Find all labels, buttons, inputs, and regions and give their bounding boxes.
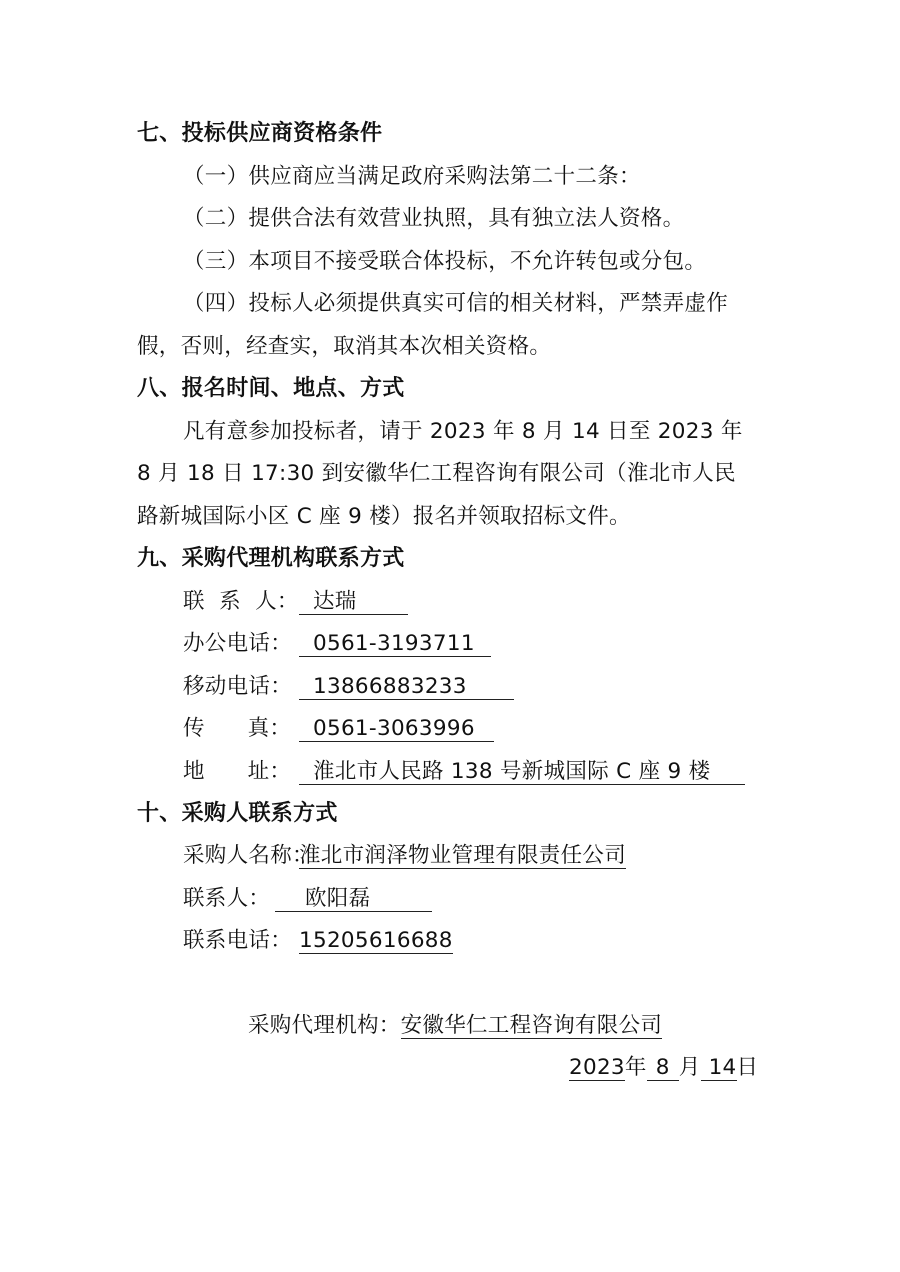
agency-office-phone-value: 0561-3193711 <box>299 632 491 657</box>
section-9-heading: 九、采购代理机构联系方式 <box>137 544 405 574</box>
agency-office-phone-row: 办公电话：0561-3193711 <box>183 629 491 659</box>
section-7-item-3: （三）本项目不接受联合体投标，不允许转包或分包。 <box>183 247 706 277</box>
section-7-item-4-cont: 假，否则，经查实，取消其本次相关资格。 <box>137 332 551 362</box>
signature-year: 2023 <box>569 1056 625 1081</box>
agency-fax-row: 传 真：0561-3063996 <box>183 714 494 744</box>
agency-contact-value: 达瑞 <box>299 590 408 615</box>
section-7-item-2: （二）提供合法有效营业执照，具有独立法人资格。 <box>183 204 684 234</box>
buyer-phone-label: 联系电话： <box>183 926 299 956</box>
agency-contact-row: 联 系 人：达瑞 <box>183 587 408 617</box>
agency-address-row: 地 址：淮北市人民路 138 号新城国际 C 座 9 楼 <box>183 757 745 787</box>
buyer-name-row: 采购人名称：淮北市润泽物业管理有限责任公司 <box>183 841 626 871</box>
buyer-contact-value: 欧阳磊 <box>275 887 432 912</box>
buyer-name-label: 采购人名称： <box>183 841 299 871</box>
agency-fax-value: 0561-3063996 <box>299 717 494 742</box>
agency-office-phone-label: 办公电话： <box>183 629 299 659</box>
agency-mobile-value: 13866883233 <box>299 675 514 700</box>
signature-date: 2023年8月14日 <box>569 1053 758 1083</box>
section-8-line-2: 8 月 18 日 17:30 到安徽华仁工程咨询有限公司（淮北市人民 <box>137 459 736 489</box>
section-7-item-1: （一）供应商应当满足政府采购法第二十二条： <box>183 162 641 192</box>
agency-mobile-label: 移动电话： <box>183 672 299 702</box>
signature-month: 8 <box>647 1056 679 1081</box>
signature-agency-value: 安徽华仁工程咨询有限公司 <box>401 1014 663 1039</box>
signature-agency-label: 采购代理机构： <box>248 1011 401 1041</box>
agency-fax-label: 传 真： <box>183 714 299 744</box>
section-7-heading: 七、投标供应商资格条件 <box>137 119 382 149</box>
signature-year-unit: 年 <box>625 1055 647 1080</box>
section-8-line-3: 路新城国际小区 C 座 9 楼）报名并领取招标文件。 <box>137 502 631 532</box>
section-8-heading: 八、报名时间、地点、方式 <box>137 374 405 404</box>
section-7-item-4: （四）投标人必须提供真实可信的相关材料，严禁弄虚作 <box>183 289 728 319</box>
agency-contact-label: 联 系 人： <box>183 587 299 617</box>
buyer-name-value: 淮北市润泽物业管理有限责任公司 <box>299 844 626 869</box>
buyer-phone-value: 15205616688 <box>299 929 453 954</box>
section-10-heading: 十、采购人联系方式 <box>137 799 338 829</box>
section-8-line-1: 凡有意参加投标者，请于 2023 年 8 月 14 日至 2023 年 <box>183 417 743 447</box>
signature-agency-row: 采购代理机构：安徽华仁工程咨询有限公司 <box>248 1011 662 1041</box>
signature-month-unit: 月 <box>679 1055 701 1080</box>
agency-address-value: 淮北市人民路 138 号新城国际 C 座 9 楼 <box>299 760 745 785</box>
buyer-phone-row: 联系电话：15205616688 <box>183 926 453 956</box>
agency-mobile-row: 移动电话：13866883233 <box>183 672 514 702</box>
signature-day: 14 <box>701 1056 737 1081</box>
agency-address-label: 地 址： <box>183 757 299 787</box>
buyer-contact-label: 联系人： <box>183 884 275 914</box>
buyer-contact-row: 联系人：欧阳磊 <box>183 884 432 914</box>
signature-day-unit: 日 <box>737 1055 759 1080</box>
